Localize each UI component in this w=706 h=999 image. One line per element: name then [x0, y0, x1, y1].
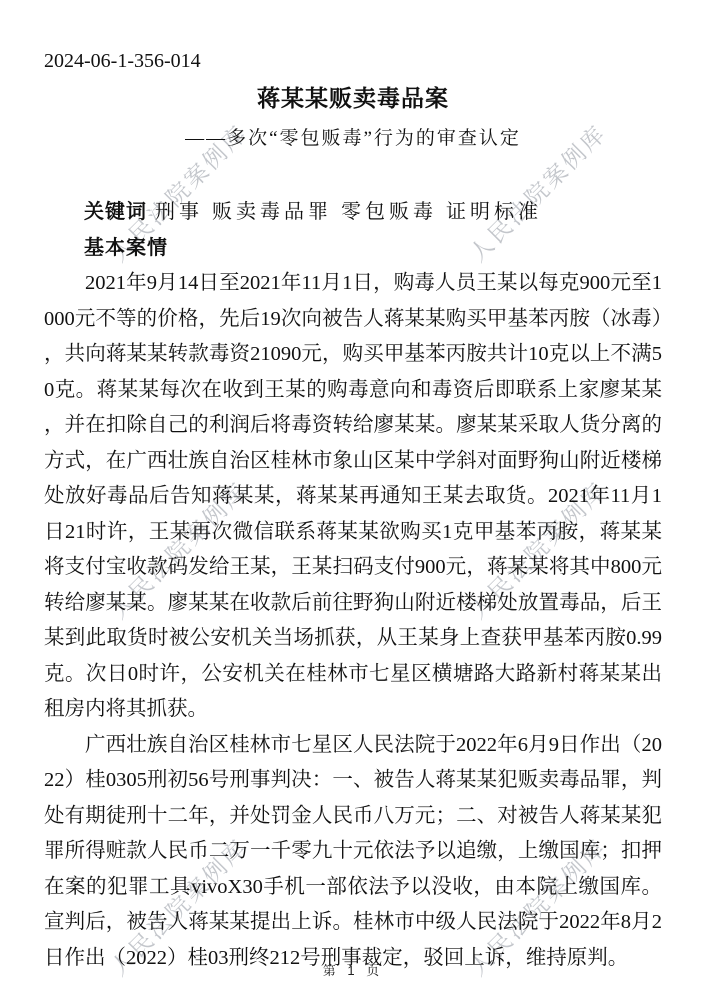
keywords-label: 关键词	[84, 201, 147, 223]
document-content: 2024-06-1-356-014 蒋某某贩卖毒品案 ——多次“零包贩毒”行为的…	[0, 48, 706, 976]
page-number: 第 1 页	[0, 960, 706, 979]
section-heading-basic-facts: 基本案情	[44, 233, 662, 263]
case-title: 蒋某某贩卖毒品案	[44, 84, 662, 114]
keywords-line: 关键词刑事 贩卖毒品罪 零包贩毒 证明标准	[44, 197, 662, 227]
paragraph-judgment-history: 广西壮族自治区桂林市七星区人民法院于2022年6月9日作出（2022）桂0305…	[44, 728, 662, 977]
paragraph-case-facts: 2021年9月14日至2021年11月1日，购毒人员王某以每克900元至1000…	[44, 266, 662, 728]
document-page: 人民法院案例库 人民法院案例库 人民法院案例库 人民法院案例库 人民法院案例库 …	[0, 0, 706, 999]
case-number: 2024-06-1-356-014	[44, 48, 662, 74]
case-subtitle: ——多次“零包贩毒”行为的审查认定	[44, 126, 662, 152]
keywords-values: 刑事 贩卖毒品罪 零包贩毒 证明标准	[155, 201, 542, 223]
